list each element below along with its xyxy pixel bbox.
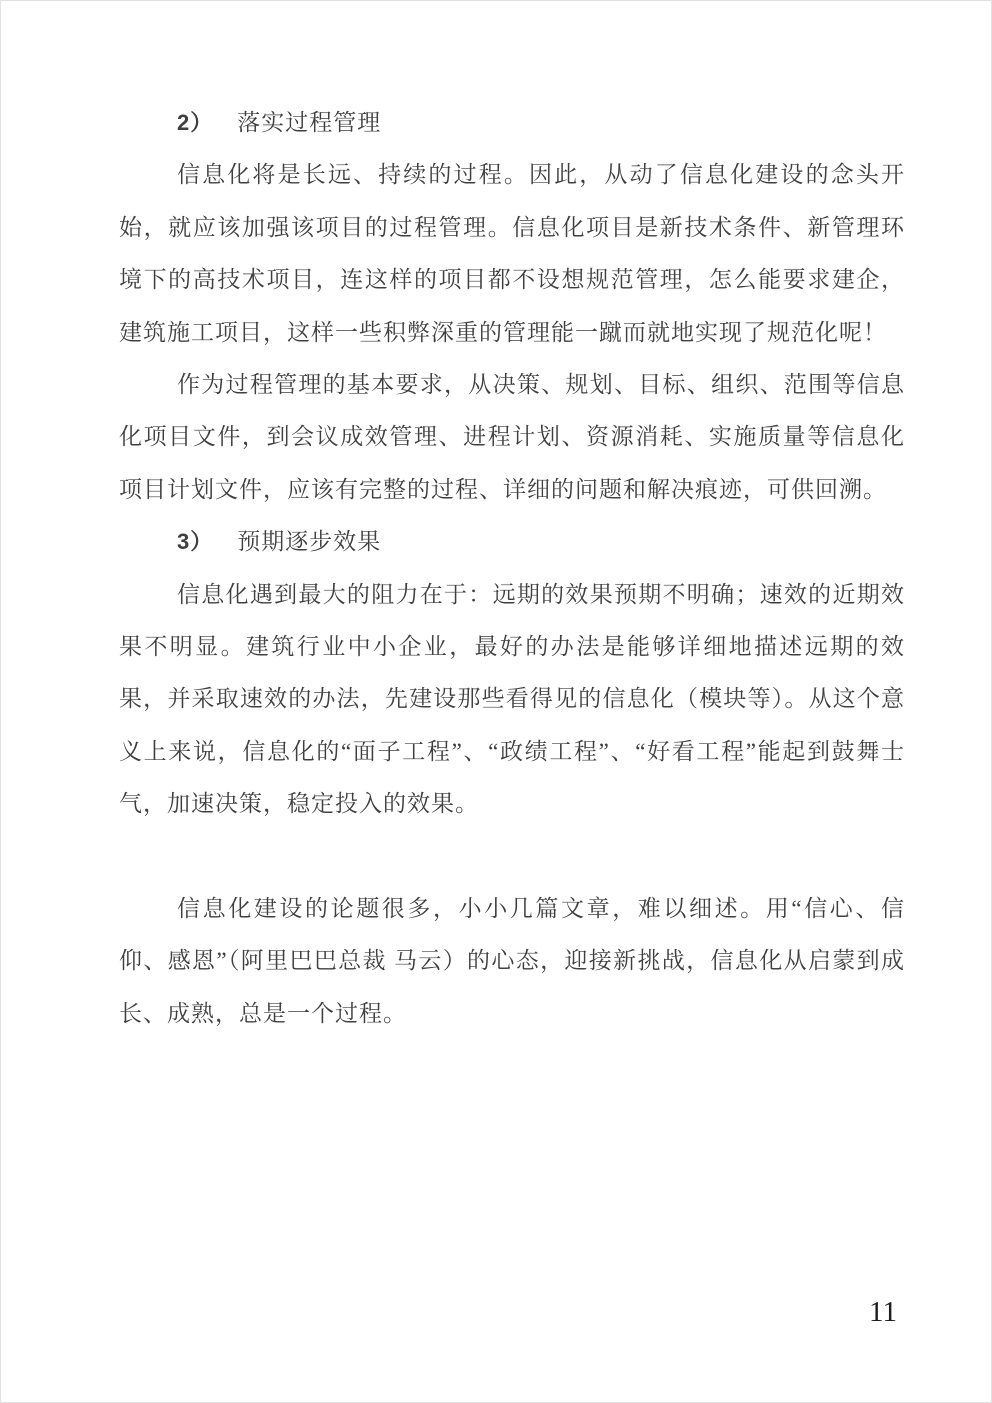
heading-number: 3）	[177, 529, 213, 554]
section-heading: 3）预期逐步效果	[119, 516, 905, 568]
document-body: 2）落实过程管理信息化将是长远、持续的过程。因此，从动了信息化建设的念头开始，就…	[119, 97, 905, 1040]
heading-number: 2）	[177, 110, 213, 135]
heading-title: 预期逐步效果	[237, 529, 381, 554]
section-heading: 2）落实过程管理	[119, 97, 905, 149]
paragraph: 信息化遇到最大的阻力在于：远期的效果预期不明确；速效的近期效果不明显。建筑行业中…	[119, 569, 905, 831]
heading-title: 落实过程管理	[237, 110, 381, 135]
paragraph: 信息化将是长远、持续的过程。因此，从动了信息化建设的念头开始，就应该加强该项目的…	[119, 149, 905, 359]
paragraph: 信息化建设的论题很多，小小几篇文章，难以细述。用“信心、信仰、感恩”（阿里巴巴总…	[119, 883, 905, 1040]
paragraph-spacer	[119, 831, 905, 883]
document-page: 2）落实过程管理信息化将是长远、持续的过程。因此，从动了信息化建设的念头开始，就…	[0, 0, 992, 1403]
paragraph: 作为过程管理的基本要求，从决策、规划、目标、组织、范围等信息化项目文件，到会议成…	[119, 359, 905, 516]
page-number: 11	[859, 1294, 907, 1330]
